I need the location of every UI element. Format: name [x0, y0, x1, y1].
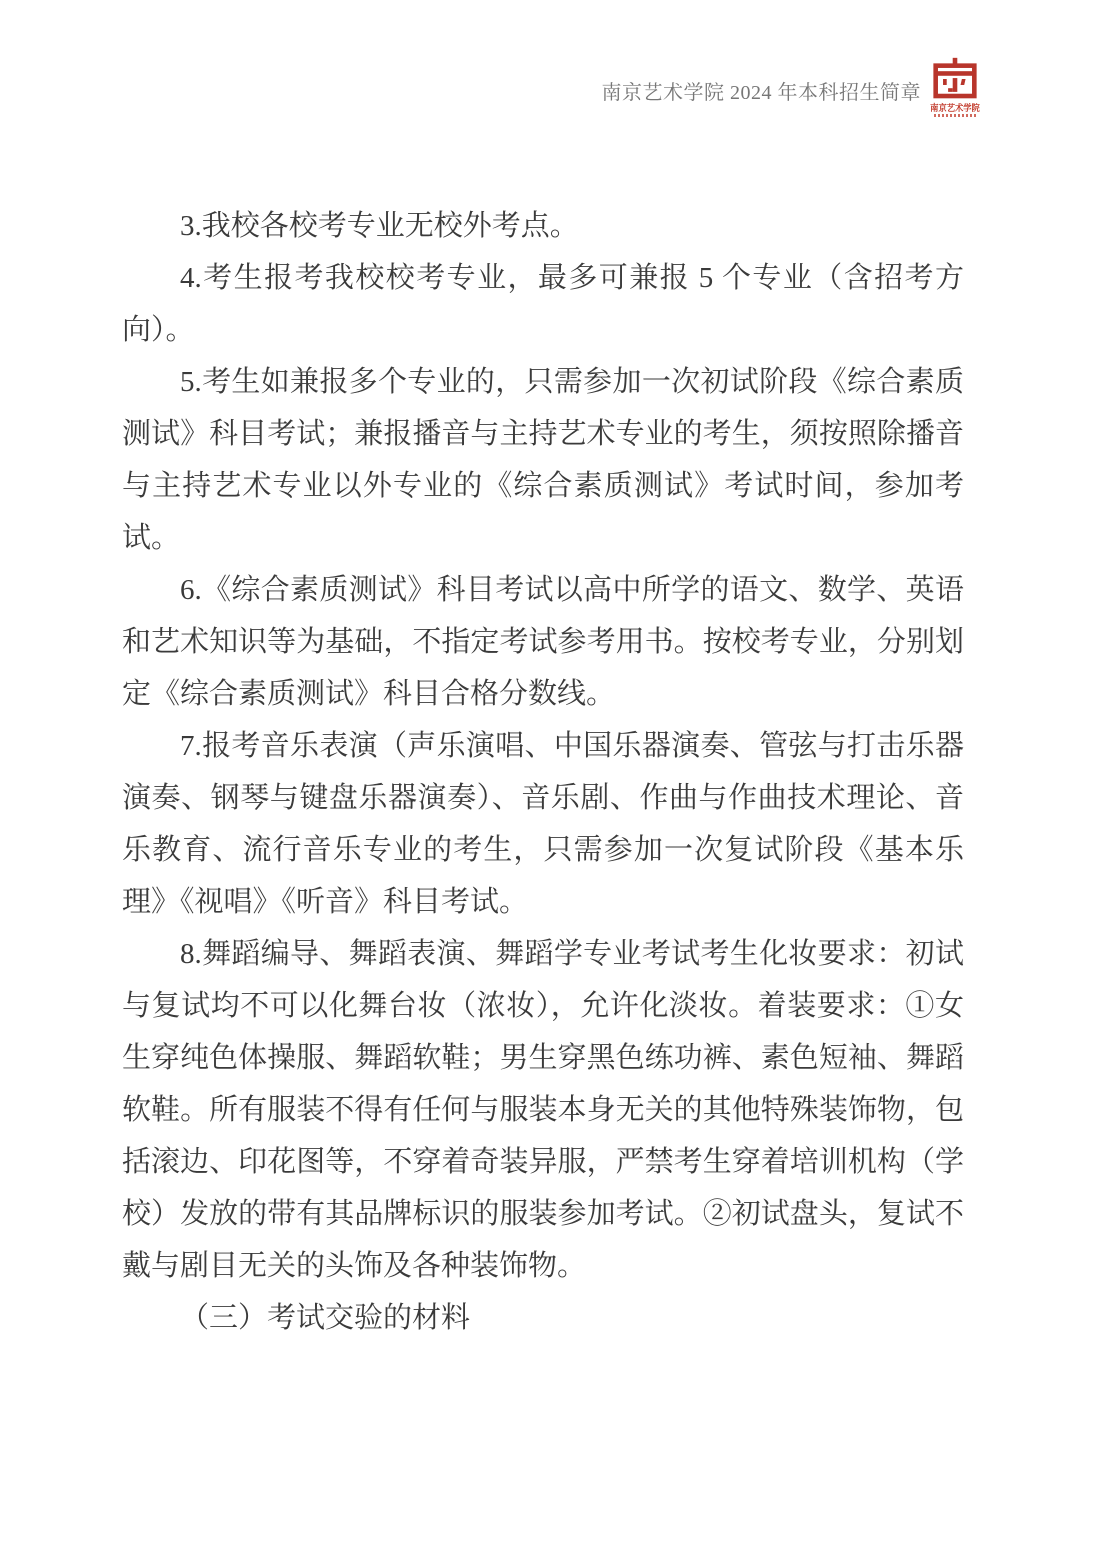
seal-icon [932, 56, 978, 102]
header-title: 南京艺术学院 2024 年本科招生简章 [602, 79, 922, 107]
paragraph-item-4: 4.考生报考我校校考专业，最多可兼报 5 个专业（含招考方向）。 [122, 252, 964, 356]
seal-subline-decoration [934, 114, 976, 117]
paragraph-item-7: 7.报考音乐表演（声乐演唱、中国乐器演奏、管弦与打击乐器演奏、钢琴与键盘乐器演奏… [122, 720, 964, 928]
paragraph-item-6: 6.《综合素质测试》科目考试以高中所学的语文、数学、英语和艺术知识等为基础，不指… [122, 564, 964, 720]
page-header: 南京艺术学院 2024 年本科招生简章 南京艺术学院 [0, 0, 980, 117]
paragraph-item-5: 5.考生如兼报多个专业的，只需参加一次初试阶段《综合素质测试》科目考试；兼报播音… [122, 356, 964, 564]
document-body: 3.我校各校考专业无校外考点。 4.考生报考我校校考专业，最多可兼报 5 个专业… [122, 200, 964, 1344]
section-heading-3: （三）考试交验的材料 [122, 1292, 964, 1344]
paragraph-item-8: 8.舞蹈编导、舞蹈表演、舞蹈学专业考试考生化妆要求：初试与复试均不可以化舞台妆（… [122, 928, 964, 1292]
school-seal-logo: 南京艺术学院 [930, 56, 980, 117]
page: 南京艺术学院 2024 年本科招生简章 南京艺术学院 3.我校各校考专业无校外考… [0, 0, 1102, 1559]
seal-school-name: 南京艺术学院 [930, 103, 980, 113]
paragraph-item-3: 3.我校各校考专业无校外考点。 [122, 200, 964, 252]
